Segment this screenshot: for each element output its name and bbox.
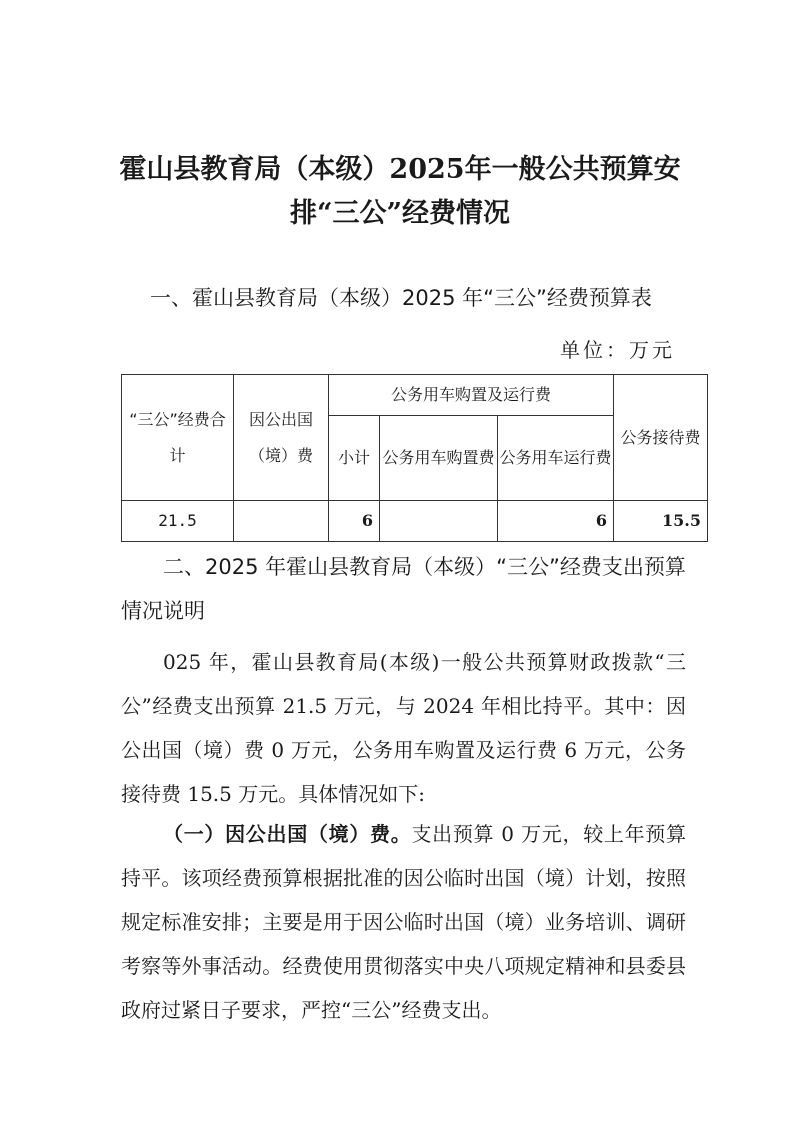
cell-vehicle-operation: 6 <box>498 501 614 542</box>
table-header-row-1: “三公”经费合计 因公出国（境）费 公务用车购置及运行费 公务接待费 <box>122 375 708 416</box>
cell-vehicle-subtotal: 6 <box>329 501 380 542</box>
header-vehicle-subtotal: 小计 <box>329 416 380 501</box>
cell-reception: 15.5 <box>614 501 708 542</box>
header-vehicle-operation: 公务用车运行费 <box>498 416 614 501</box>
section-2-heading: 二、2025 年霍山县教育局（本级）“三公”经费支出预算情况说明 <box>121 545 686 633</box>
paragraph-overseas-lead: （一）因公出国（境）费。 <box>163 822 411 846</box>
paragraph-overseas: （一）因公出国（境）费。支出预算 0 万元，较上年预算持平。该项经费预算根据批准… <box>121 812 686 1032</box>
cell-total: 21.5 <box>122 501 234 542</box>
cell-vehicle-purchase <box>380 501 498 542</box>
budget-table: “三公”经费合计 因公出国（境）费 公务用车购置及运行费 公务接待费 小计 公务… <box>121 374 708 542</box>
section-1-heading: 一、霍山县教育局（本级）2025 年“三公”经费预算表 <box>150 283 710 313</box>
header-vehicle-group: 公务用车购置及运行费 <box>329 375 614 416</box>
cell-overseas <box>234 501 329 542</box>
document-title: 霍山县教育局（本级）2025年一般公共预算安排“三公”经费情况 <box>110 148 690 236</box>
paragraph-overseas-body: 支出预算 0 万元，较上年预算持平。该项经费预算根据批准的因公临时出国（境）计划… <box>121 822 686 1022</box>
header-vehicle-purchase: 公务用车购置费 <box>380 416 498 501</box>
header-reception: 公务接待费 <box>614 375 708 501</box>
document-page: 霍山县教育局（本级）2025年一般公共预算安排“三公”经费情况 一、霍山县教育局… <box>0 0 793 1122</box>
paragraph-summary: 025 年，霍山县教育局(本级)一般公共预算财政拨款“三公”经费支出预算 21.… <box>121 640 686 816</box>
unit-label: 单位：万元 <box>560 336 675 364</box>
header-total: “三公”经费合计 <box>122 375 234 501</box>
table-row: 21.5 6 6 15.5 <box>122 501 708 542</box>
header-overseas: 因公出国（境）费 <box>234 375 329 501</box>
